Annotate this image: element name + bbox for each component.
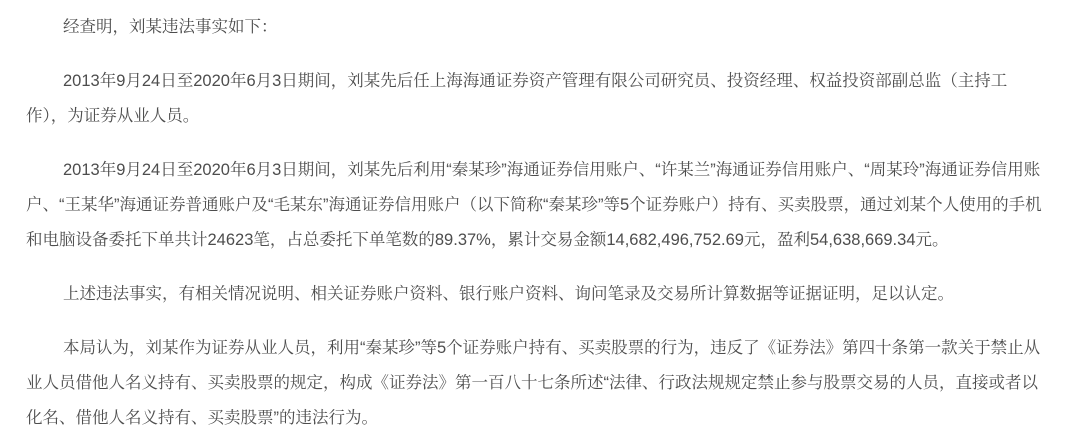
paragraph-findings-intro: 经查明，刘某违法事实如下： (26, 10, 1046, 45)
paragraph-legal-conclusion: 本局认为，刘某作为证券从业人员，利用“秦某珍”等5个证券账户持有、买卖股票的行为… (26, 331, 1046, 436)
paragraph-employment-history: 2013年9月24日至2020年6月3日期间，刘某先后任上海海通证券资产管理有限… (26, 64, 1046, 134)
paragraph-trading-accounts-and-amounts: 2013年9月24日至2020年6月3日期间，刘某先后利用“秦某珍”海通证券信用… (26, 153, 1046, 258)
paragraph-evidence-statement: 上述违法事实，有相关情况说明、相关证券账户资料、银行账户资料、询问笔录及交易所计… (26, 277, 1046, 312)
document-body: 经查明，刘某违法事实如下： 2013年9月24日至2020年6月3日期间，刘某先… (0, 0, 1080, 436)
